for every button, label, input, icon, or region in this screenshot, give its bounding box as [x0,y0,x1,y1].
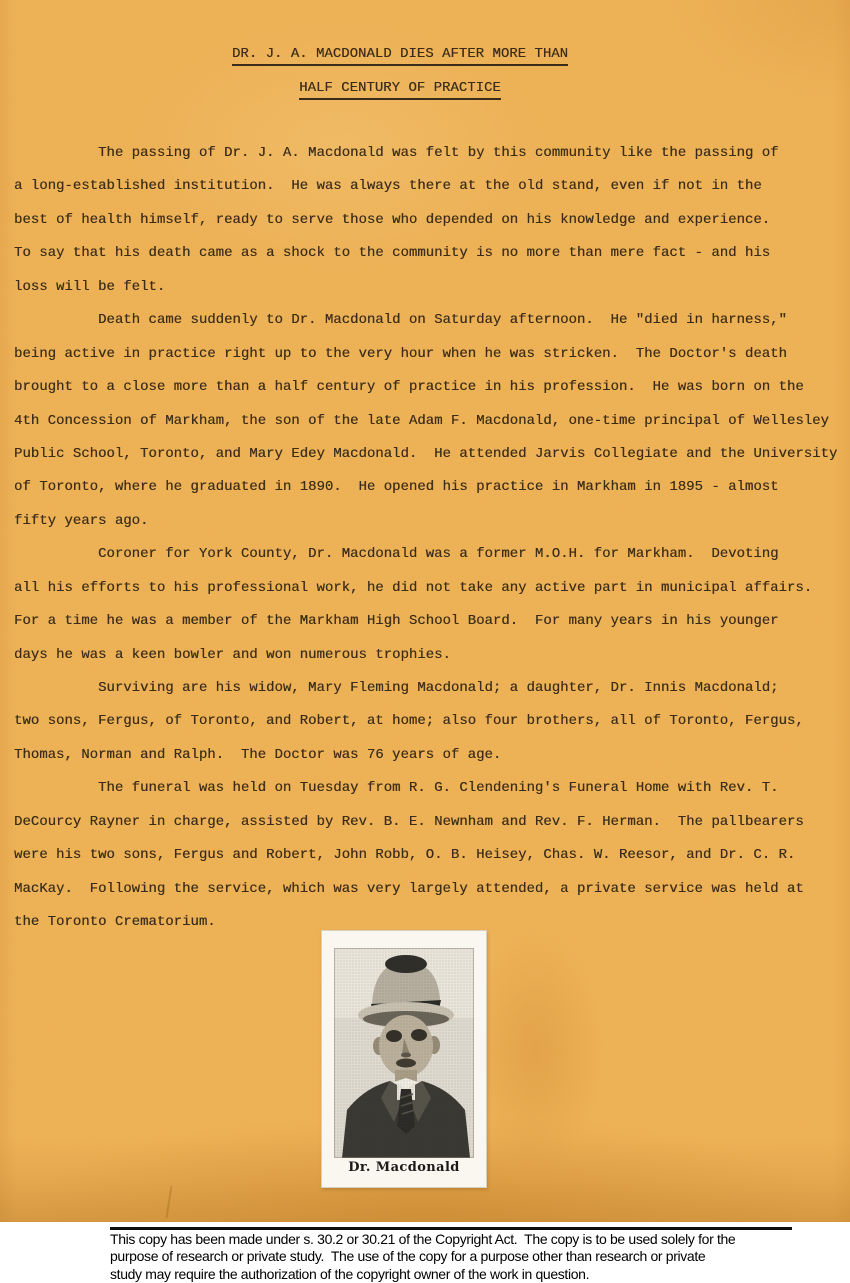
typed-line: The passing of Dr. J. A. Macdonald was f… [14,137,844,170]
title-line-1: DR. J. A. MACDONALD DIES AFTER MORE THAN [0,44,800,64]
typed-line: For a time he was a member of the Markha… [14,605,844,638]
typed-line: being active in practice right up to the… [14,338,844,371]
typed-line: brought to a close more than a half cent… [14,371,844,404]
typed-line: loss will be felt. [14,271,844,304]
divider-rule [110,1227,792,1230]
typed-line: Thomas, Norman and Ralph. The Doctor was… [14,739,844,772]
typed-line: of Toronto, where he graduated in 1890. … [14,471,844,504]
typed-line: all his efforts to his professional work… [14,572,844,605]
typed-line: To say that his death came as a shock to… [14,237,844,270]
typed-line: two sons, Fergus, of Toronto, and Robert… [14,705,844,738]
article-title: DR. J. A. MACDONALD DIES AFTER MORE THAN… [0,44,800,112]
photo-caption: Dr. Macdonald [322,1160,486,1175]
typed-line: The funeral was held on Tuesday from R. … [14,772,844,805]
typed-line: MacKay. Following the service, which was… [14,873,844,906]
copyright-strip: This copy has been made under s. 30.2 or… [0,1222,850,1283]
portrait-photo [334,948,474,1158]
article-body: The passing of Dr. J. A. Macdonald was f… [14,137,844,940]
paper-crease [166,1186,173,1218]
copyright-line: purpose of research or private study. Th… [110,1248,810,1265]
typed-line: days he was a keen bowler and won numero… [14,639,844,672]
typed-line: Death came suddenly to Dr. Macdonald on … [14,304,844,337]
typed-line: DeCourcy Rayner in charge, assisted by R… [14,806,844,839]
typed-line: were his two sons, Fergus and Robert, Jo… [14,839,844,872]
typed-line: fifty years ago. [14,505,844,538]
typed-line: Coroner for York County, Dr. Macdonald w… [14,538,844,571]
typed-line: a long-established institution. He was a… [14,170,844,203]
copyright-line: study may require the authorization of t… [110,1266,810,1283]
typed-line: Public School, Toronto, and Mary Edey Ma… [14,438,844,471]
pasted-photo-card: Dr. Macdonald [321,930,487,1188]
scanned-paper-background: DR. J. A. MACDONALD DIES AFTER MORE THAN… [0,0,850,1222]
typed-line: 4th Concession of Markham, the son of th… [14,405,844,438]
copyright-notice: This copy has been made under s. 30.2 or… [110,1231,810,1283]
title-line-2: HALF CENTURY OF PRACTICE [0,78,800,98]
typed-line: best of health himself, ready to serve t… [14,204,844,237]
copyright-line: This copy has been made under s. 30.2 or… [110,1231,810,1248]
typed-line: Surviving are his widow, Mary Fleming Ma… [14,672,844,705]
